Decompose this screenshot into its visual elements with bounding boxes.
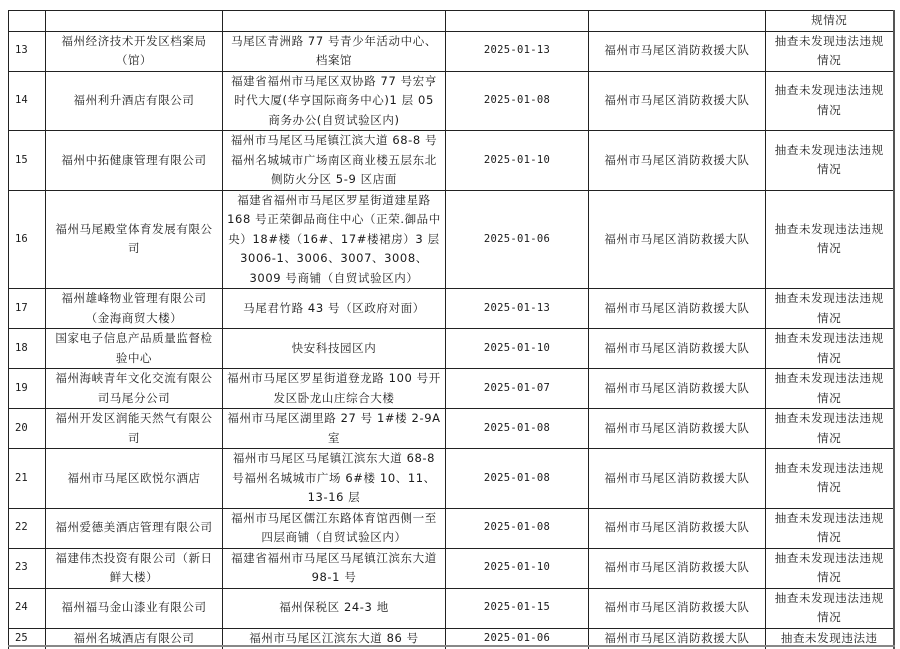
cell-address: 福州市马尾区罗星街道登龙路 100 号开发区卧龙山庄综合大楼 [223, 369, 446, 409]
table-row: 24福州福马金山漆业有限公司福州保税区 24-3 地2025-01-15福州市马… [9, 588, 894, 628]
cell-unit: 福州市马尾区消防救援大队 [589, 508, 766, 548]
cell-name: 福州开发区润能天然气有限公司 [46, 409, 223, 449]
cell-num: 22 [9, 508, 46, 548]
cell-result: 抽查未发现违法违规情况 [766, 329, 894, 369]
cell-date: 2025-01-07 [446, 369, 589, 409]
cell-address: 福建省福州市马尾区罗星街道建星路 168 号正荣御品商住中心（正荣.御品中央）1… [223, 190, 446, 289]
cell-date: 2025-01-10 [446, 548, 589, 588]
cell-address: 福建省福州市马尾区马尾镇江滨东大道 98-1 号 [223, 548, 446, 588]
cell-name: 福州马尾殿堂体育发展有限公司 [46, 190, 223, 289]
cell-address: 福州保税区 24-3 地 [223, 588, 446, 628]
cell-name: 福州市马尾区欧悦尔酒店 [46, 449, 223, 509]
cell-unit: 福州市马尾区消防救援大队 [589, 31, 766, 71]
table-row: 20福州开发区润能天然气有限公司福州市马尾区湖里路 27 号 1#楼 2-9A … [9, 409, 894, 449]
table-row: 23福建伟杰投资有限公司（新日鲜大楼）福建省福州市马尾区马尾镇江滨东大道 98-… [9, 548, 894, 588]
cell-result: 抽查未发现违法违规情况 [766, 548, 894, 588]
cell-num: 19 [9, 369, 46, 409]
cell-name: 福州海峡青年文化交流有限公司马尾分公司 [46, 369, 223, 409]
cell-name: 国家电子信息产品质量监督检验中心 [46, 329, 223, 369]
cell-date: 2025-01-08 [446, 449, 589, 509]
cell-num: 18 [9, 329, 46, 369]
cell-num: 17 [9, 289, 46, 329]
inspection-table-container: 规情况 13福州经济技术开发区档案局（馆）马尾区青洲路 77 号青少年活动中心、… [8, 10, 895, 649]
cell-num: 20 [9, 409, 46, 449]
cell-date: 2025-01-06 [446, 190, 589, 289]
table-row: 21福州市马尾区欧悦尔酒店福州市马尾区马尾镇江滨东大道 68-8 号福州名城城市… [9, 449, 894, 509]
table-frame-bottom [8, 645, 895, 647]
cell-name: 福建伟杰投资有限公司（新日鲜大楼） [46, 548, 223, 588]
table-row: 17福州雄峰物业管理有限公司（金海商贸大楼）马尾君竹路 43 号（区政府对面）2… [9, 289, 894, 329]
cell-date: 2025-01-08 [446, 71, 589, 131]
cell-unit: 福州市马尾区消防救援大队 [589, 449, 766, 509]
cell-unit [589, 11, 766, 32]
cell-date: 2025-01-13 [446, 31, 589, 71]
cell-address [223, 11, 446, 32]
cell-result: 抽查未发现违法违规情况 [766, 588, 894, 628]
table-row: 14福州利升酒店有限公司福建省福州市马尾区双协路 77 号宏亨时代大厦(华亨国际… [9, 71, 894, 131]
cell-result: 抽查未发现违法违规情况 [766, 289, 894, 329]
cell-unit: 福州市马尾区消防救援大队 [589, 548, 766, 588]
cell-unit: 福州市马尾区消防救援大队 [589, 369, 766, 409]
cell-date: 2025-01-13 [446, 289, 589, 329]
cell-result: 抽查未发现违法违规情况 [766, 71, 894, 131]
cell-date: 2025-01-15 [446, 588, 589, 628]
cell-unit: 福州市马尾区消防救援大队 [589, 190, 766, 289]
cell-result: 抽查未发现违法违规情况 [766, 508, 894, 548]
cell-name: 福州爱德美酒店管理有限公司 [46, 508, 223, 548]
cell-result: 抽查未发现违法违规情况 [766, 449, 894, 509]
cell-num: 13 [9, 31, 46, 71]
inspection-results-table: 规情况 13福州经济技术开发区档案局（馆）马尾区青洲路 77 号青少年活动中心、… [8, 10, 895, 649]
cell-num: 16 [9, 190, 46, 289]
cell-num: 14 [9, 71, 46, 131]
cell-name: 福州福马金山漆业有限公司 [46, 588, 223, 628]
cell-num: 23 [9, 548, 46, 588]
cell-name: 福州中拓健康管理有限公司 [46, 131, 223, 191]
cell-unit: 福州市马尾区消防救援大队 [589, 71, 766, 131]
cell-address: 马尾区青洲路 77 号青少年活动中心、档案馆 [223, 31, 446, 71]
table-row: 15福州中拓健康管理有限公司福州市马尾区马尾镇江滨大道 68-8 号福州名城城市… [9, 131, 894, 191]
cell-date: 2025-01-08 [446, 409, 589, 449]
cell-name: 福州利升酒店有限公司 [46, 71, 223, 131]
cell-result: 抽查未发现违法违规情况 [766, 131, 894, 191]
cell-address: 福州市马尾区马尾镇江滨大道 68-8 号福州名城城市广场南区商业楼五层东北侧防火… [223, 131, 446, 191]
cell-address: 福州市马尾区儒江东路体育馆西侧一至四层商铺（自贸试验区内） [223, 508, 446, 548]
cell-num: 24 [9, 588, 46, 628]
table-row: 16福州马尾殿堂体育发展有限公司福建省福州市马尾区罗星街道建星路 168 号正荣… [9, 190, 894, 289]
cell-result: 抽查未发现违法违规情况 [766, 31, 894, 71]
cell-address: 福州市马尾区马尾镇江滨东大道 68-8 号福州名城城市广场 6#楼 10、11、… [223, 449, 446, 509]
cell-address: 快安科技园区内 [223, 329, 446, 369]
cell-unit: 福州市马尾区消防救援大队 [589, 329, 766, 369]
cell-unit: 福州市马尾区消防救援大队 [589, 409, 766, 449]
table-row-partial: 规情况 [9, 11, 894, 32]
cell-unit: 福州市马尾区消防救援大队 [589, 131, 766, 191]
table-row: 18国家电子信息产品质量监督检验中心快安科技园区内2025-01-10福州市马尾… [9, 329, 894, 369]
cell-result: 抽查未发现违法违规情况 [766, 190, 894, 289]
table-row: 22福州爱德美酒店管理有限公司福州市马尾区儒江东路体育馆西侧一至四层商铺（自贸试… [9, 508, 894, 548]
cell-name [46, 11, 223, 32]
cell-num: 15 [9, 131, 46, 191]
cell-address: 福州市马尾区湖里路 27 号 1#楼 2-9A 室 [223, 409, 446, 449]
cell-address: 马尾君竹路 43 号（区政府对面） [223, 289, 446, 329]
cell-unit: 福州市马尾区消防救援大队 [589, 588, 766, 628]
cell-unit: 福州市马尾区消防救援大队 [589, 289, 766, 329]
cell-result: 抽查未发现违法违规情况 [766, 409, 894, 449]
cell-address: 福建省福州市马尾区双协路 77 号宏亨时代大厦(华亨国际商务中心)1 层 05 … [223, 71, 446, 131]
cell-date: 2025-01-08 [446, 508, 589, 548]
cell-date [446, 11, 589, 32]
cell-num: 21 [9, 449, 46, 509]
cell-date: 2025-01-10 [446, 329, 589, 369]
cell-date: 2025-01-10 [446, 131, 589, 191]
table-row: 19福州海峡青年文化交流有限公司马尾分公司福州市马尾区罗星街道登龙路 100 号… [9, 369, 894, 409]
table-row: 13福州经济技术开发区档案局（馆）马尾区青洲路 77 号青少年活动中心、档案馆2… [9, 31, 894, 71]
cell-result: 规情况 [766, 11, 894, 32]
cell-name: 福州经济技术开发区档案局（馆） [46, 31, 223, 71]
cell-num [9, 11, 46, 32]
cell-result: 抽查未发现违法违规情况 [766, 369, 894, 409]
cell-name: 福州雄峰物业管理有限公司（金海商贸大楼） [46, 289, 223, 329]
